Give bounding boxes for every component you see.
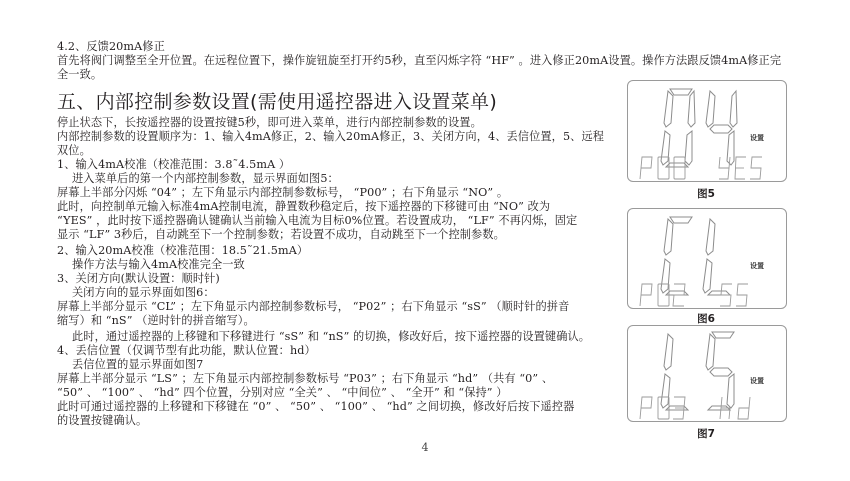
list-item-heading: 2、输入20mA校准（校准范围：18.5˜21.5mA） bbox=[57, 244, 308, 258]
paragraph-line: 双位。 bbox=[57, 144, 91, 158]
lcd-figure-7: 设置 bbox=[627, 325, 787, 422]
list-item-heading: 3、关闭方向(默认设置：顺时针) bbox=[57, 272, 220, 286]
lcd-display-04-icon bbox=[628, 81, 786, 181]
paragraph-line: 屏幕上半部分显示 “LS” ；左下角显示内部控制参数标号 “P03” ；右下角显… bbox=[57, 372, 553, 386]
page-number: 4 bbox=[0, 441, 850, 454]
paragraph-line: “YES” ，此时按下遥控器确认键确认当前输入电流为目标0%位置。若设置成功， … bbox=[57, 214, 577, 228]
list-item-heading: 4、丢信位置（仅调节型有此功能，默认位置：hd） bbox=[57, 344, 316, 358]
paragraph-line: 进入菜单后的第一个内部控制参数，显示界面如图5： bbox=[72, 172, 339, 186]
paragraph-line: 屏幕上半部分闪烁 “04” ；左下角显示内部控制参数标号， “P00” ；右下角… bbox=[57, 186, 508, 200]
lcd-display-cl-icon bbox=[628, 209, 786, 308]
paragraph-line: 操作方法与输入4mA校准完全一致 bbox=[72, 258, 245, 272]
list-item-heading: 1、输入4mA校准（校准范围：3.8˜4.5mA ） bbox=[57, 158, 290, 172]
lcd-display-ls-icon bbox=[628, 326, 786, 421]
lcd-figure-6: 设置 bbox=[627, 208, 787, 309]
paragraph-line: 此时，通过遥控器的上移键和下移键进行 “sS” 和 “nS” 的切换，修改好后，… bbox=[72, 330, 590, 344]
paragraph-line: 停止状态下，长按遥控器的设置按键5秒，即可进入菜单，进行内部控制参数的设置。 bbox=[57, 116, 482, 130]
section-title: 五、内部控制参数设置(需使用遥控器进入设置菜单) bbox=[57, 90, 497, 114]
figure-caption: 图7 bbox=[627, 426, 785, 441]
paragraph-line: 缩写）和 “nS” （逆时针的拼音缩写）。 bbox=[57, 314, 255, 328]
figure-caption: 图6 bbox=[627, 311, 785, 326]
paragraph-line: 屏幕上半部分显示 “CL” ；左下角显示内部控制参数标号， “P02” ；右下角… bbox=[57, 300, 569, 314]
figure-caption: 图5 bbox=[627, 186, 785, 201]
paragraph-line: 此时，向控制单元输入标准4mA控制电流，静置数秒稳定后，按下遥控器的下移键可由 … bbox=[57, 200, 550, 214]
paragraph-line: 此时可通过遥控器的上移键和下移键在 “0” 、 “50” 、 “100” 、 “… bbox=[57, 400, 574, 414]
set-label: 设置 bbox=[750, 261, 764, 271]
lcd-figure-5: 设置 bbox=[627, 80, 787, 182]
paragraph-line: “50” 、 “100” 、 “hd” 四个位置，分别对应 “全关” 、 “中间… bbox=[57, 386, 508, 400]
paragraph-line: 的设置按键确认。 bbox=[57, 414, 147, 428]
paragraph-line: 关闭方向的显示界面如图6： bbox=[72, 286, 215, 300]
set-label: 设置 bbox=[750, 376, 764, 386]
paragraph-line: 内部控制参数的设置顺序为：1、输入4mA修正，2、输入20mA修正，3、关闭方向… bbox=[57, 130, 604, 144]
paragraph-line: 显示 “LF” 3秒后，自动跳至下一个控制参数；若设置不成功，自动跳至下一个控制… bbox=[57, 228, 505, 242]
paragraph-line: 丢信位置的显示界面如图7 bbox=[72, 358, 203, 372]
paragraph-line: 全一致。 bbox=[57, 68, 102, 82]
section-heading-4-2: 4.2、反馈20mA修正 bbox=[57, 40, 165, 54]
set-label: 设置 bbox=[750, 133, 764, 143]
paragraph-line: 首先将阀门调整至全开位置。在远程位置下，操作旋钮旋至打开约5秒，直至闪烁字符 “… bbox=[57, 54, 781, 68]
